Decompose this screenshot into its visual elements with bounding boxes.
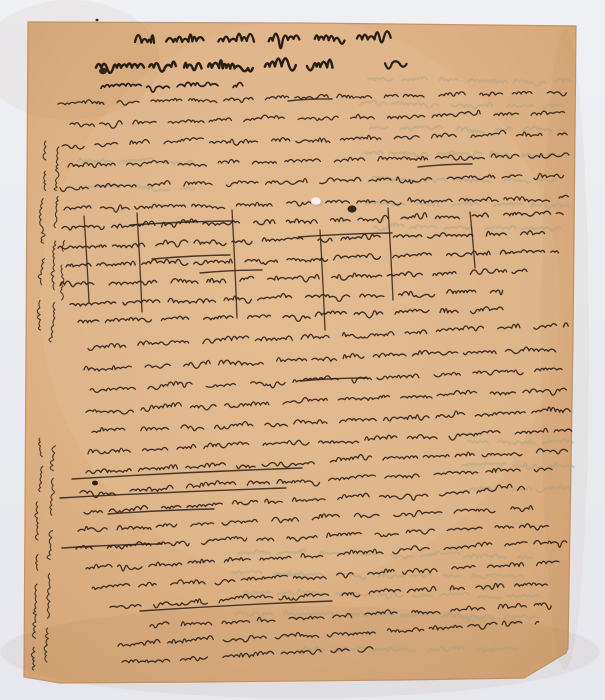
manuscript-scan	[0, 0, 605, 700]
manuscript-scan-page: Durchlauchtigster Kronprinz, — Gnädigste…	[0, 0, 605, 700]
paper-hole	[311, 197, 323, 207]
